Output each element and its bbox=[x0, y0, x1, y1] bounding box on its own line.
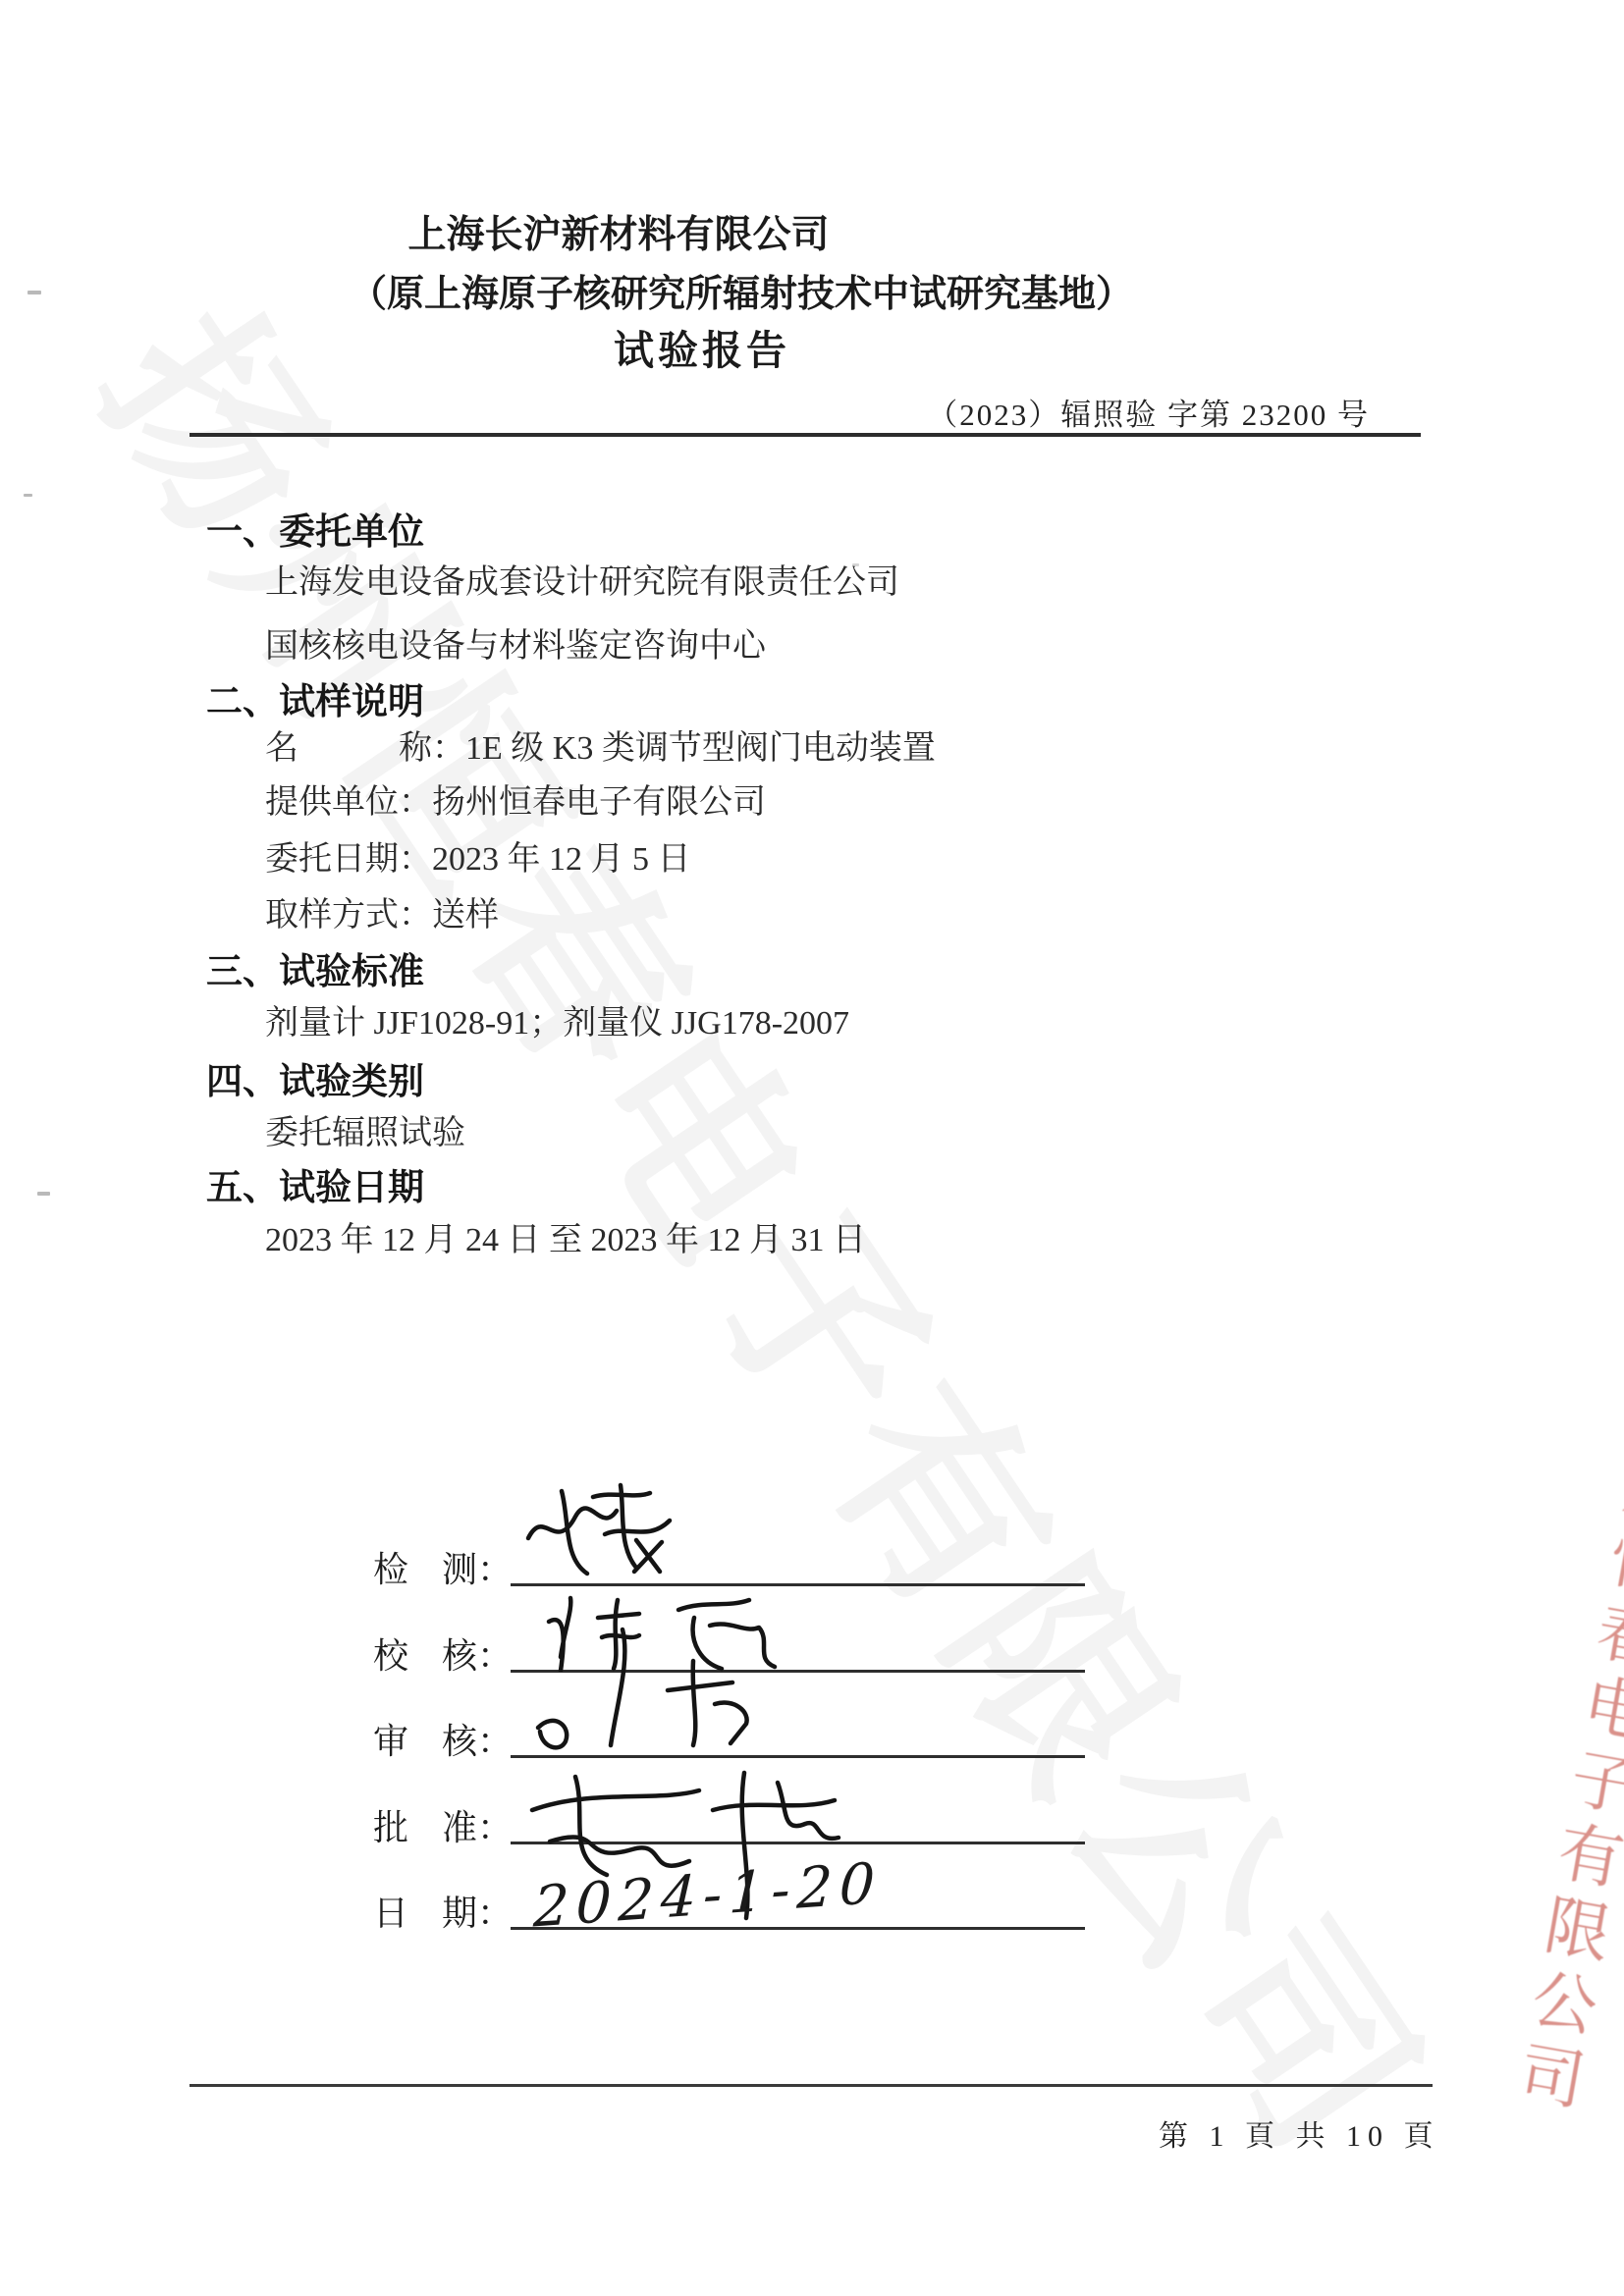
sample-name-line: 名 称：1E 级 K3 类调节型阀门电动装置 bbox=[265, 721, 936, 769]
label-review: 审核： bbox=[373, 1714, 513, 1764]
red-stamp-fragment: 扬州恒春电子有限公司 bbox=[1534, 1372, 1624, 1892]
client-line-1: 上海发电设备成套设计研究院有限责任公司 bbox=[265, 555, 899, 603]
label-date: 日期： bbox=[373, 1886, 513, 1936]
label-check: 校核： bbox=[373, 1629, 513, 1679]
label-inspect-second: 测： bbox=[442, 1542, 513, 1592]
client-line-2: 国核核电设备与材料鉴定咨询中心 bbox=[265, 618, 766, 667]
standards-line: 剂量计 JJF1028-91；剂量仪 JJG178-2007 bbox=[265, 995, 849, 1043]
report-page: 扬州恒春电子有限公司 扬州恒春电子有限公司 上海长沪新材料有限公司 （原上海原子… bbox=[0, 0, 1624, 2296]
section-5-heading: 五、试验日期 bbox=[206, 1157, 424, 1210]
label-check-second: 核： bbox=[442, 1629, 513, 1679]
section-4-title: 试验类别 bbox=[279, 1062, 424, 1102]
label-review-first: 审 bbox=[373, 1714, 408, 1764]
section-2-heading: 二、试样说明 bbox=[206, 671, 424, 724]
page-number: 第 1 頁 共 10 頁 bbox=[1159, 2111, 1440, 2155]
label-approve-second: 准： bbox=[442, 1800, 513, 1850]
sample-provider-line: 提供单位：扬州恒春电子有限公司 bbox=[265, 774, 766, 823]
section-5-title: 试验日期 bbox=[279, 1168, 424, 1208]
label-approve-first: 批 bbox=[373, 1800, 408, 1850]
scan-speck bbox=[852, 563, 859, 566]
test-date-line: 2023 年 12 月 24 日 至 2023 年 12 月 31 日 bbox=[265, 1212, 866, 1260]
report-title: 试验报告 bbox=[0, 318, 1404, 376]
scan-speck bbox=[27, 291, 41, 294]
label-review-second: 核： bbox=[442, 1714, 513, 1764]
section-2-title: 试样说明 bbox=[279, 682, 424, 722]
sampling-method-line: 取样方式：送样 bbox=[265, 887, 499, 935]
header-rule bbox=[189, 433, 1421, 437]
report-number: （2023）辐照验 字第 23200 号 bbox=[927, 390, 1370, 434]
label-inspect-first: 检 bbox=[373, 1542, 408, 1592]
section-3-heading: 三、试验标准 bbox=[206, 941, 424, 994]
label-check-first: 校 bbox=[373, 1629, 408, 1679]
section-2-no: 二、 bbox=[206, 682, 279, 722]
section-1-title: 委托单位 bbox=[279, 512, 424, 553]
section-1-heading: 一、委托单位 bbox=[206, 502, 424, 555]
label-approve: 批准： bbox=[373, 1800, 513, 1850]
label-date-second: 期： bbox=[442, 1886, 513, 1936]
section-1-no: 一、 bbox=[206, 512, 279, 553]
signature-inspector bbox=[511, 1477, 687, 1585]
signature-reviewer bbox=[520, 1622, 756, 1759]
scan-speck bbox=[37, 1192, 50, 1196]
section-3-no: 三、 bbox=[206, 952, 279, 992]
label-inspect: 检测： bbox=[373, 1542, 513, 1592]
footer-rule bbox=[189, 2084, 1433, 2087]
test-category-line: 委托辐照试验 bbox=[265, 1105, 465, 1153]
section-4-no: 四、 bbox=[206, 1062, 279, 1102]
section-5-no: 五、 bbox=[206, 1168, 279, 1208]
section-3-title: 试验标准 bbox=[279, 952, 424, 992]
scan-speck bbox=[24, 494, 32, 497]
label-date-first: 日 bbox=[373, 1886, 408, 1936]
company-former-name: （原上海原子核研究所辐射技术中试研究基地） bbox=[0, 263, 1483, 317]
entrust-date-line: 委托日期：2023 年 12 月 5 日 bbox=[265, 831, 691, 880]
company-title: 上海长沪新材料有限公司 bbox=[0, 204, 1237, 259]
section-4-heading: 四、试验类别 bbox=[206, 1051, 424, 1104]
